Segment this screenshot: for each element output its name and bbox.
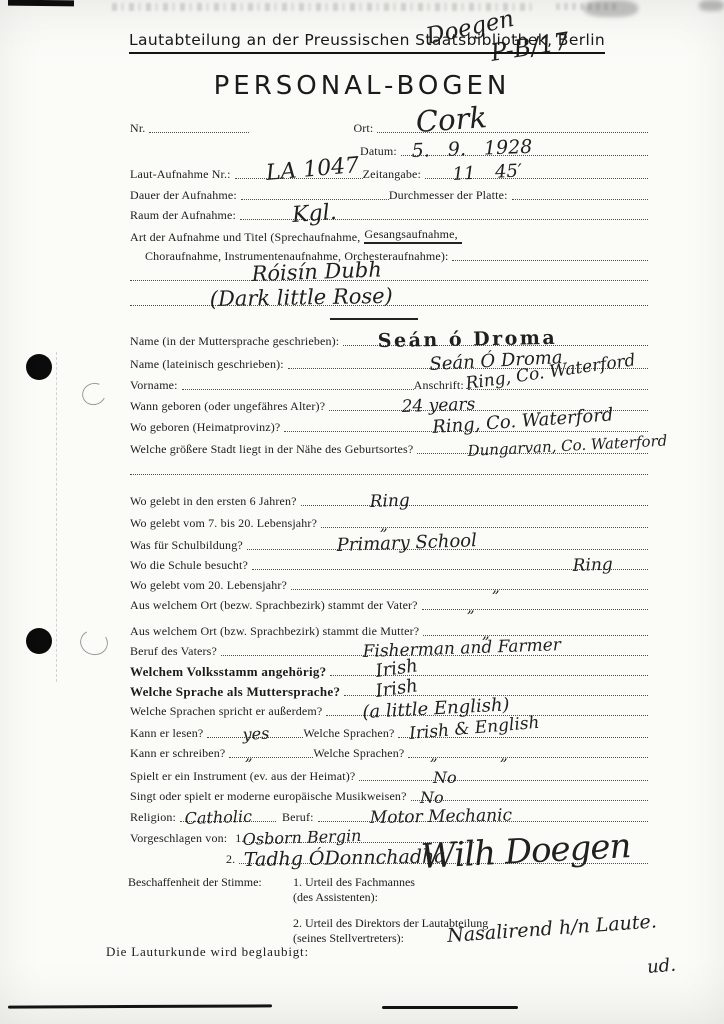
form-row-gelebt720: Wo gelebt vom 7. bis 20. Lebensjahr? „ [130,508,648,530]
field-label-mutter-ort: Aus welchem Ort (bzw. Sprachbezirk) stam… [130,625,423,638]
field-label-wann-geboren: Wann geboren (oder ungefähres Alter)? [130,400,329,413]
form-row-muttersprache: Welche Sprache als Muttersprache? Irish [130,678,648,698]
form-row-vater-ort: Aus welchem Ort (bezw. Sprachbezirk) sta… [130,592,648,612]
field-line-durchmesser [512,198,648,200]
form-row-titel-line1: Róisín Dubh [130,263,648,283]
form-row-musikweisen: Singt oder spielt er moderne europäische… [130,783,648,803]
handwritten-ort: Cork [415,103,488,137]
field-line-art [452,259,648,261]
field-label-wo-geboren: Wo geboren (Heimatprovinz)? [130,421,284,434]
form-body: Nr. Ort: Cork Datum: 5. 9. 1928 Laut-Auf… [0,112,724,866]
field-line-dauer [241,198,389,200]
field-label-muttersprache: Welche Sprache als Muttersprache? [130,685,344,698]
form-row-mutter-ort: Aus welchem Ort (bzw. Sprachbezirk) stam… [130,612,648,638]
scan-smudge [584,0,638,17]
field-label-datum: Datum: [360,145,401,158]
empty-dotted-line [130,473,648,475]
scanned-form-page: { "stamp": { "line1": "Doegen", "line2":… [0,0,724,1024]
field-label-name-mutter: Name (in der Muttersprache geschrieben): [130,335,343,348]
form-row-volksstamm: Welchem Volksstamm angehörig? Irish [130,658,648,678]
field-label-volksstamm: Welchem Volksstamm angehörig? [130,665,330,678]
field-label-schule-wo: Wo die Schule besucht? [130,559,252,572]
field-line-nr [149,131,249,133]
field-label-schreiben: Kann er schreiben? [130,747,229,760]
institution-header: Lautabteilung an der Preussischen Staats… [129,31,605,54]
field-line-gelebt6 [301,504,648,506]
form-row-art-line2: Choraufnahme, Instrumentenaufnahme, Orch… [130,244,648,263]
form-row-instrument: Spielt er ein Instrument (ev. aus der He… [130,760,648,783]
field-line-instrument [359,779,648,781]
scan-edge-mark [8,0,74,6]
field-line-titel1 [130,279,648,281]
field-line-vater-ort [422,608,648,610]
spacer [130,865,226,866]
form-row-nr-ort: Nr. Ort: Cork [130,112,648,135]
form-row-schule-wo: Wo die Schule besucht? Ring [130,552,648,572]
field-label-musikweisen: Singt oder spielt er moderne europäische… [130,790,411,803]
form-row-vorname-anschrift: Vorname: Anschrift: Ring, Co. Waterford [130,371,648,392]
field-line-schreiben-sprachen [408,756,648,758]
form-row-schreiben: Kann er schreiben? Welche Sprachen? „ „ … [130,740,648,760]
field-line-vorname [182,388,414,390]
field-label-vorname: Vorname: [130,379,182,392]
field-label-lesen: Kann er lesen? [130,727,207,740]
field-label-lesen-sprachen: Welche Sprachen? [303,727,398,740]
form-row-gelebt6: Wo gelebt in den ersten 6 Jahren? Ring [130,477,648,508]
form-row-wo-geboren: Wo geboren (Heimatprovinz)? Ring, Co. Wa… [130,413,648,434]
punch-hole [26,354,52,380]
field-line-gelebt20 [291,588,648,590]
form-row-dauer-durchmesser: Dauer der Aufnahme: Durchmesser der Plat… [130,181,648,202]
form-row-art-line1: Art der Aufnahme und Titel (Sprechaufnah… [130,222,648,244]
field-label-gelebt6: Wo gelebt in den ersten 6 Jahren? [130,495,301,508]
field-label-anschrift: Anschrift: [414,379,468,392]
form-row-religion-beruf: Religion: Beruf: Catholic Motor Mechanic [130,803,648,824]
form-row-weitere-sprachen: Welche Sprachen spricht er außerdem? (a … [130,698,648,718]
field-line-musikweisen [411,799,648,801]
ink-bleedthrough [112,3,532,11]
form-row-lautnr-zeit: Laut-Aufnahme Nr.: Zeitangabe: LA 1047 1… [130,158,648,181]
voice-section-heading: Beschaffenheit der Stimme: [128,876,262,889]
punch-hole [26,628,52,654]
field-label-lautnr: Laut-Aufnahme Nr.: [130,168,235,181]
form-row-gelebt20: Wo gelebt vom 20. Lebensjahr? „ [130,572,648,592]
field-line-gelebt720 [321,526,648,528]
field-label-gesangsaufnahme: Gesangsaufnahme, [364,228,461,244]
form-row-vorgeschlagen-2: 2. Tadhg ÓDonnchadha Wilh Doegen [130,845,648,866]
title-underline-row [130,308,648,320]
field-label-vater-ort: Aus welchem Ort (bezw. Sprachbezirk) sta… [130,599,422,612]
field-label-beruf-vater: Beruf des Vaters? [130,645,221,658]
form-row-raum: Raum der Aufnahme: Kgl. [130,202,648,222]
handwritten-titel2: (Dark little Rose) [210,286,393,310]
handwritten-vorgeschlagen2: Tadhg ÓDonnchadha [244,847,446,870]
field-label-beruf: Beruf: [276,811,318,824]
field-label-schulbildung: Was für Schulbildung? [130,539,247,552]
field-line-schreiben [229,756,313,758]
field-label-religion: Religion: [130,811,180,824]
field-label-zeitangabe: Zeitangabe: [363,168,425,181]
form-row-empty-line [130,456,648,477]
field-label-durchmesser: Durchmesser der Platte: [389,189,512,202]
field-label-dauer: Dauer der Aufnahme: [130,189,241,202]
scan-smudge [699,0,724,11]
handwritten-voice-judgement-2: ud. [646,955,677,978]
field-label-ort: Ort: [353,122,377,135]
form-row-beruf-vater: Beruf des Vaters? Fisherman and Farmer [130,638,648,658]
form-row-name-muttersprache: Name (in der Muttersprache geschrieben):… [130,320,648,348]
field-label-stadt: Welche größere Stadt liegt in der Nähe d… [130,443,417,456]
form-row-titel-line2: (Dark little Rose) [130,283,648,308]
scan-edge-line [8,1004,272,1008]
field-label-gelebt20: Wo gelebt vom 20. Lebensjahr? [130,579,291,592]
form-row-stadt: Welche größere Stadt liegt in der Nähe d… [130,434,648,456]
form-row-datum: Datum: 5. 9. 1928 [130,135,648,158]
signature-doegen: Wilh Doegen [420,829,631,874]
scan-edge-line [382,1006,518,1009]
form-row-schulbildung: Was für Schulbildung? Primary School [130,530,648,552]
certification-line: Die Lauturkunde wird beglaubigt: [106,944,309,960]
voice-item2-line2: (seines Stellvertreters): [293,932,404,945]
field-label-art: Art der Aufnahme und Titel (Sprechaufnah… [130,231,364,244]
field-label-instrument: Spielt er ein Instrument (ev. aus der He… [130,770,359,783]
field-label-gelebt720: Wo gelebt vom 7. bis 20. Lebensjahr? [130,517,321,530]
field-label-schreiben-sprachen: Welche Sprachen? [313,747,408,760]
field-label-vorgeschlagen: Vorgeschlagen von: [130,832,231,845]
form-row-lesen: Kann er lesen? Welche Sprachen? yes Iris… [130,718,648,740]
handwritten-lesen-sprachen: Irish & English [409,715,541,743]
field-number-2: 2. [226,853,239,866]
field-label-name-latein: Name (lateinisch geschrieben): [130,358,288,371]
voice-item1-line2: (des Assistenten): [293,891,378,904]
handwritten-titel1: Róisín Dubh [251,259,382,285]
field-label-nr: Nr. [130,122,149,135]
field-label-raum: Raum der Aufnahme: [130,209,240,222]
field-label-weitere-sprachen: Welche Sprachen spricht er außerdem? [130,705,326,718]
voice-item1-line1: 1. Urteil des Fachmannes [293,876,415,889]
page-title: PERSONAL-BOGEN [0,71,724,101]
